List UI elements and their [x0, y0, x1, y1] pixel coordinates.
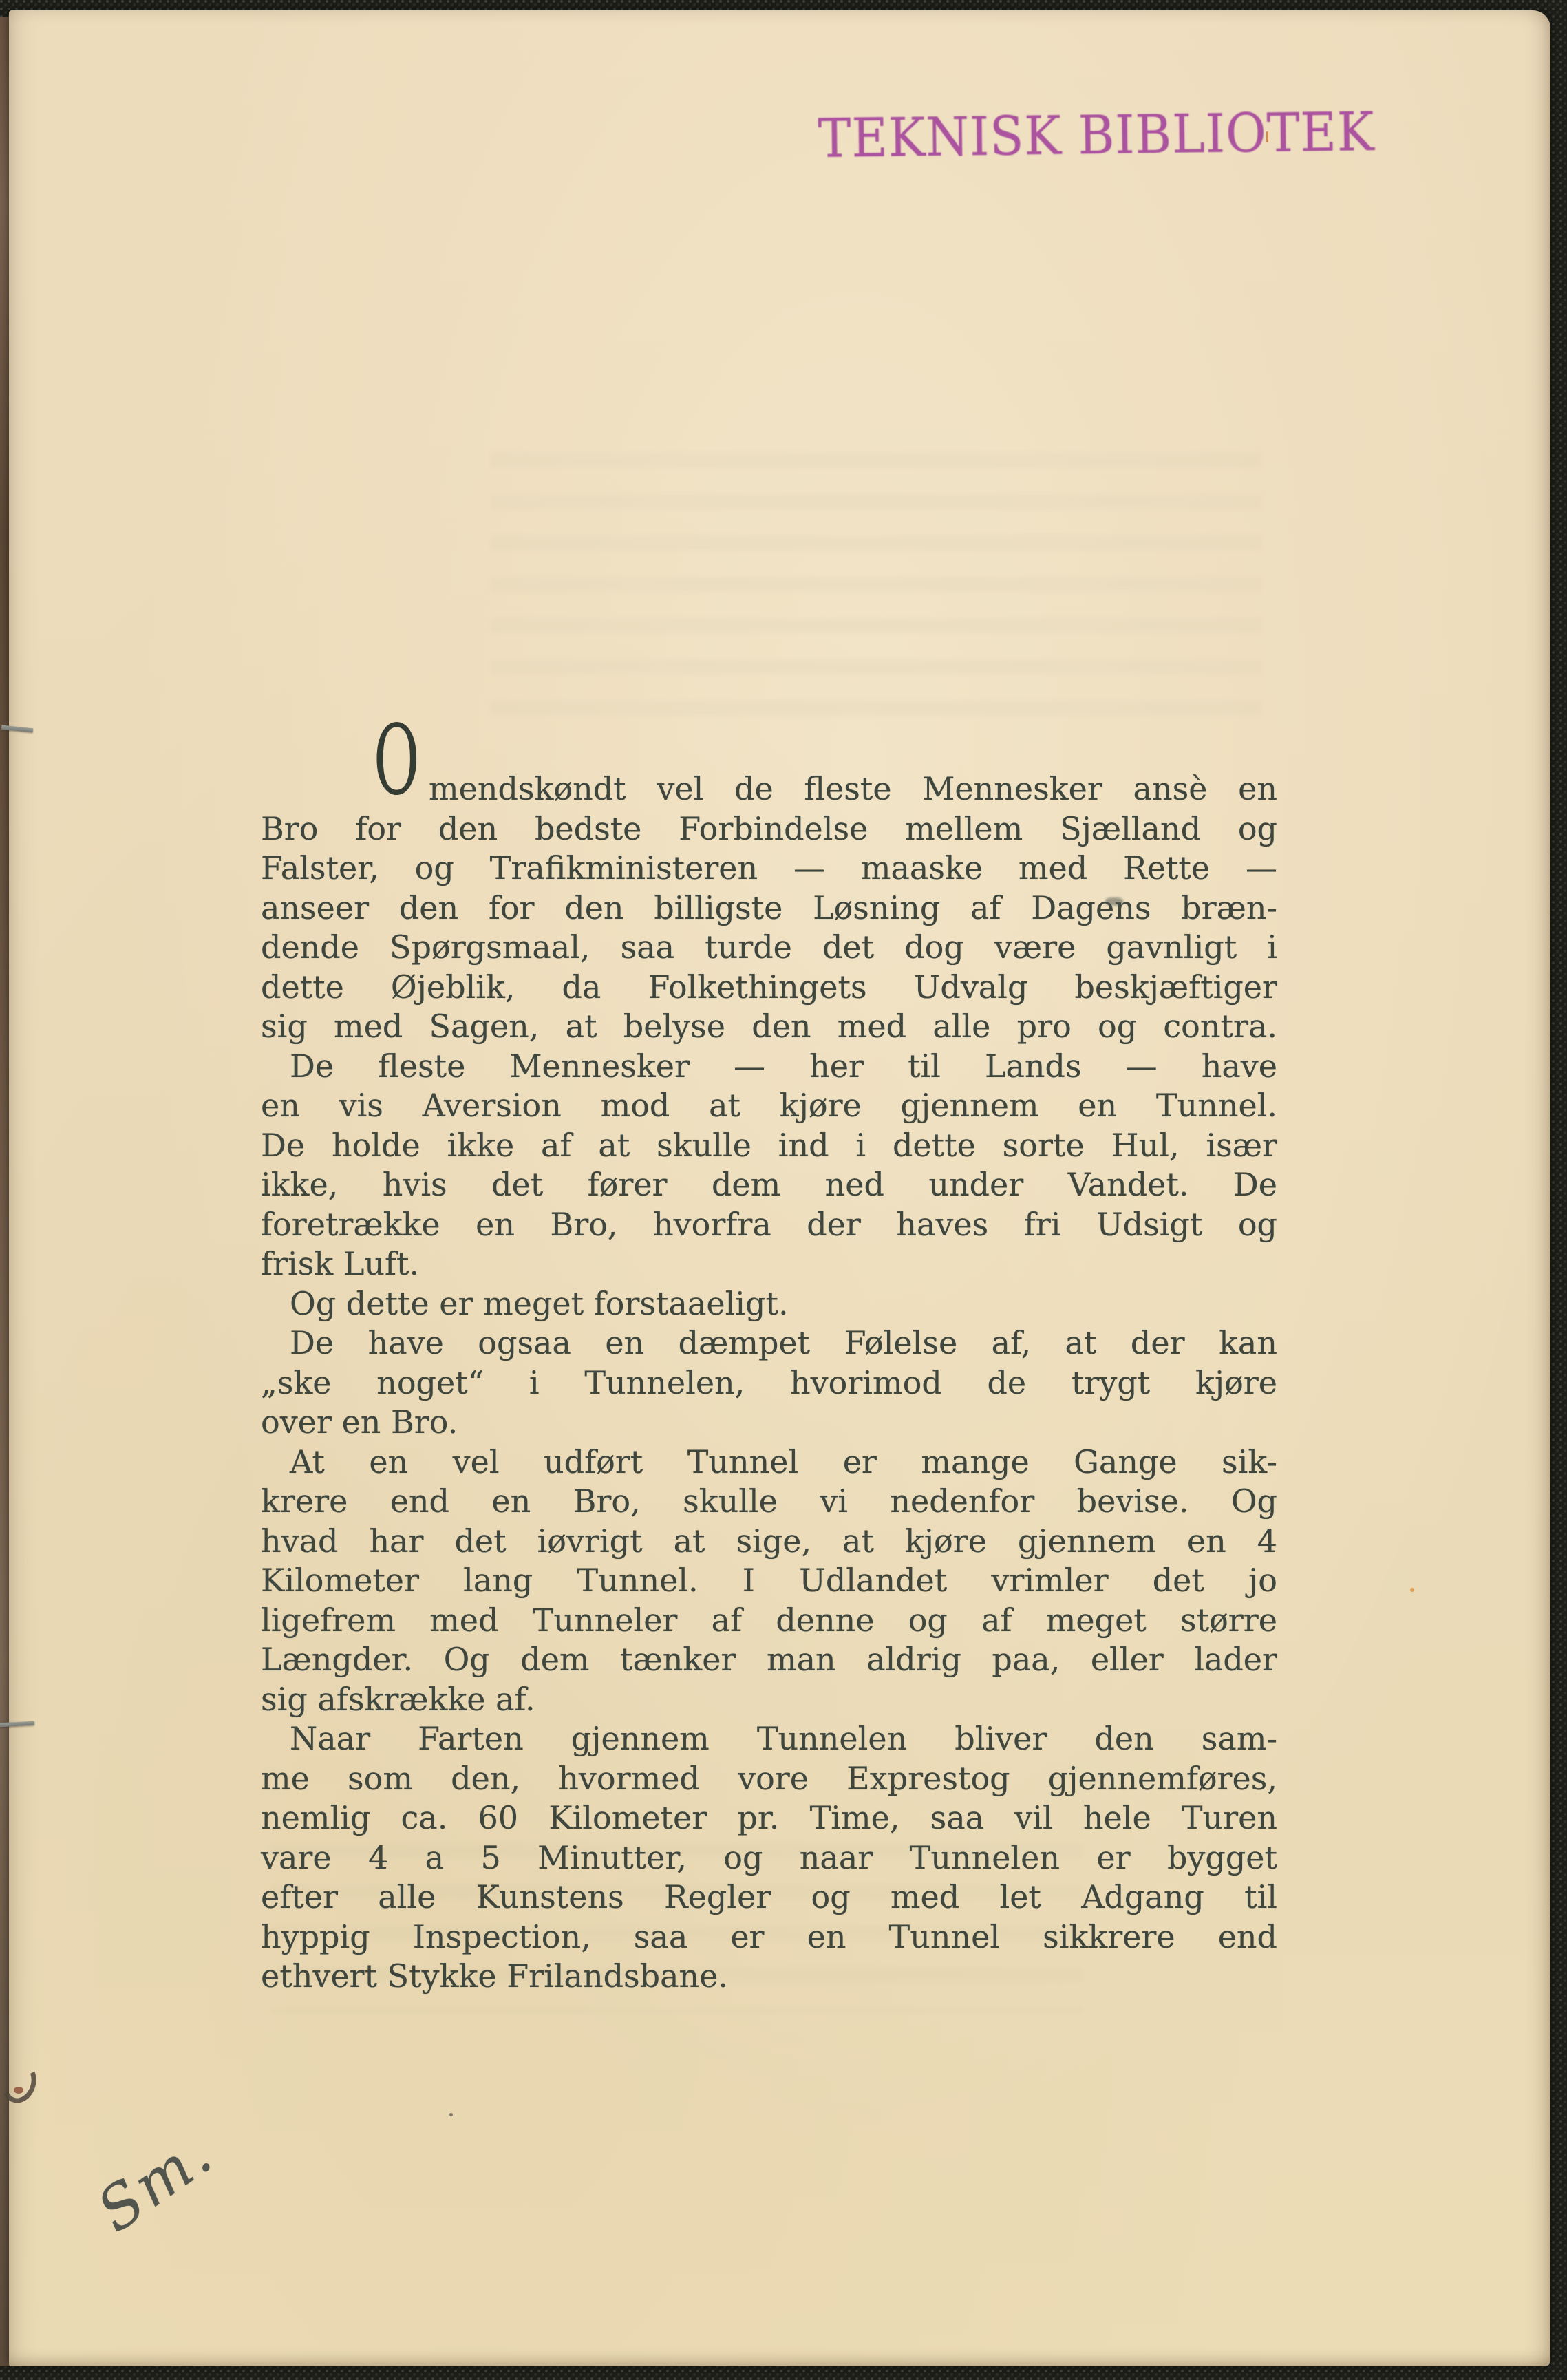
text-line: hvad har det iøvrigt at sige, at kjøre g… — [261, 1522, 1277, 1562]
text-line: dette Øjeblik, da Folkethingets Udvalg b… — [261, 968, 1277, 1008]
text-line: me som den, hvormed vore Exprestog gjenn… — [261, 1759, 1277, 1799]
binding-hook-mark — [14, 2087, 23, 2094]
body-text-block: O mendskøndt vel de fleste Mennesker ans… — [261, 769, 1277, 1997]
text-line: over en Bro. — [261, 1403, 1277, 1443]
text-line: Naar Farten gjennem Tunnelen bliver den … — [261, 1719, 1277, 1759]
paper-speck — [1410, 1588, 1414, 1592]
text-line: nemlig ca. 60 Kilometer pr. Time, saa vi… — [261, 1798, 1277, 1838]
text-line: De fleste Mennesker — her til Lands — ha… — [261, 1047, 1277, 1087]
paper-speck — [449, 2113, 453, 2116]
text-line: Længder. Og dem tænker man aldrig paa, e… — [261, 1640, 1277, 1680]
library-stamp: TEKNISK BIBLIOTEK — [818, 105, 1376, 167]
text-line: sig med Sagen, at belyse den med alle pr… — [261, 1007, 1277, 1047]
text-line: sig afskrække af. — [261, 1680, 1277, 1720]
initial-capital: O — [374, 713, 420, 809]
text-line: hyppig Inspection, saa er en Tunnel sikk… — [261, 1917, 1277, 1957]
text-line: en vis Aversion mod at kjøre gjennem en … — [261, 1086, 1277, 1126]
text-line: Kilometer lang Tunnel. I Udlandet vrimle… — [261, 1561, 1277, 1601]
text-line: Og dette er meget forstaaeligt. — [261, 1284, 1277, 1324]
handwritten-note: Sm. — [85, 2118, 226, 2246]
text-line: ligefrem med Tunneler af denne og af meg… — [261, 1601, 1277, 1641]
text-line: At en vel udført Tunnel er mange Gange s… — [261, 1443, 1277, 1483]
text-line: ikke, hvis det fører dem ned under Vande… — [261, 1165, 1277, 1205]
text-line: foretrække en Bro, hvorfra der haves fri… — [261, 1205, 1277, 1245]
text-line: Falster, og Trafikministeren — maaske me… — [261, 849, 1277, 889]
showthrough-ghost-text — [491, 437, 1261, 740]
paper-speck — [1266, 131, 1268, 142]
print-smudge — [1105, 897, 1123, 906]
text-line: dende Spørgsmaal, saa turde det dog være… — [261, 928, 1277, 968]
scanned-page: TEKNISK BIBLIOTEK O mendskøndt vel de fl… — [9, 10, 1550, 2366]
text-line: ethvert Stykke Frilandsbane. — [261, 1957, 1277, 1997]
booklet-spine-edge — [0, 17, 10, 2366]
text-line: krere end en Bro, skulle vi nedenfor bev… — [261, 1482, 1277, 1522]
scan-background: { "stamp": { "text": "TEKNISK BIBLIOTEK"… — [0, 0, 1567, 2380]
text-lines: mendskøndt vel de fleste Mennesker ansè … — [261, 769, 1277, 1997]
text-line: efter alle Kunstens Regler og med let Ad… — [261, 1878, 1277, 1917]
text-line: frisk Luft. — [261, 1244, 1277, 1284]
text-line: „ske noget“ i Tunnelen, hvorimod de tryg… — [261, 1363, 1277, 1403]
text-line: De have ogsaa en dæmpet Følelse af, at d… — [261, 1324, 1277, 1363]
text-line: vare 4 a 5 Minutter, og naar Tunnelen er… — [261, 1838, 1277, 1878]
text-line: anseer den for den billigste Løsning af … — [261, 889, 1277, 928]
text-line: De holde ikke af at skulle ind i dette s… — [261, 1126, 1277, 1166]
